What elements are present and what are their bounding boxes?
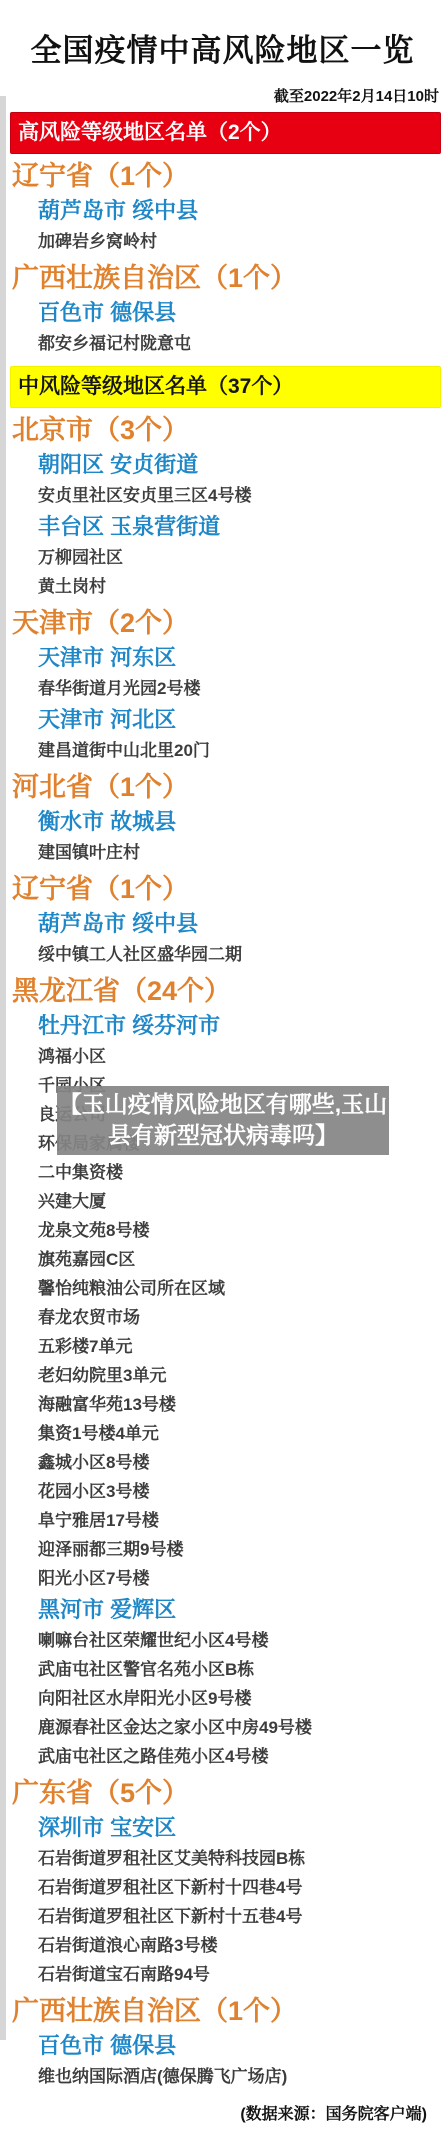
as-of-timestamp: 截至2022年2月14日10时 xyxy=(0,85,439,106)
place-item: 春华街道月光园2号楼 xyxy=(38,674,445,703)
place-item: 阜宁雅居17号楼 xyxy=(38,1506,445,1535)
city-heading: 葫芦岛市 绥中县 xyxy=(38,196,445,226)
place-item: 二中集资楼 xyxy=(38,1158,445,1187)
city-heading: 朝阳区 安贞街道 xyxy=(38,450,445,480)
province-heading: 辽宁省（1个） xyxy=(12,159,445,193)
place-item: 鸿福小区 xyxy=(38,1042,445,1071)
place-item: 集资1号楼4单元 xyxy=(38,1419,445,1448)
place-item: 鹿源春社区金达之家小区中房49号楼 xyxy=(38,1713,445,1742)
place-item: 武庙屯社区警官名苑小区B栋 xyxy=(38,1655,445,1684)
place-item: 石岩街道罗租社区下新村十五巷4号 xyxy=(38,1902,445,1931)
high-risk-banner: 高风险等级地区名单（2个） xyxy=(10,112,441,154)
city-heading: 天津市 河北区 xyxy=(38,705,445,735)
page-title: 全国疫情中高风险地区一览 xyxy=(0,0,445,70)
place-item: 五彩楼7单元 xyxy=(38,1332,445,1361)
city-heading: 百色市 德保县 xyxy=(38,298,445,328)
place-item: 鑫城小区8号楼 xyxy=(38,1448,445,1477)
place-item: 黄土岗村 xyxy=(38,572,445,601)
province-heading: 北京市（3个） xyxy=(12,413,445,447)
place-item: 石岩街道宝石南路94号 xyxy=(38,1960,445,1989)
province-heading: 广西壮族自治区（1个） xyxy=(12,261,445,295)
province-heading: 天津市（2个） xyxy=(12,606,445,640)
city-heading: 百色市 德保县 xyxy=(38,2031,445,2061)
city-heading: 深圳市 宝安区 xyxy=(38,1813,445,1843)
place-item: 迎泽丽都三期9号楼 xyxy=(38,1535,445,1564)
province-heading: 辽宁省（1个） xyxy=(12,872,445,906)
place-item: 建昌道街中山北里20门 xyxy=(38,736,445,765)
place-item: 喇嘛台社区荣耀世纪小区4号楼 xyxy=(38,1626,445,1655)
city-heading: 葫芦岛市 绥中县 xyxy=(38,909,445,939)
province-heading: 广东省（5个） xyxy=(12,1776,445,1810)
watermark-line2: 县有新型冠状病毒吗】 xyxy=(57,1120,389,1151)
city-heading: 牡丹江市 绥芬河市 xyxy=(38,1011,445,1041)
city-heading: 黑河市 爱辉区 xyxy=(38,1595,445,1625)
city-heading: 丰台区 玉泉营街道 xyxy=(38,512,445,542)
province-heading: 广西壮族自治区（1个） xyxy=(12,1994,445,2028)
data-source: (数据来源：国务院客户端) xyxy=(0,2101,427,2124)
place-item: 建国镇叶庄村 xyxy=(38,838,445,867)
place-item: 加碑岩乡窝岭村 xyxy=(38,227,445,256)
place-item: 石岩街道浪心南路3号楼 xyxy=(38,1931,445,1960)
watermark-overlay: 【玉山疫情风险地区有哪些,玉山 县有新型冠状病毒吗】 xyxy=(57,1086,389,1155)
infographic-page: 全国疫情中高风险地区一览 截至2022年2月14日10时 高风险等级地区名单（2… xyxy=(0,0,445,2151)
place-item: 武庙屯社区之路佳苑小区4号楼 xyxy=(38,1742,445,1771)
place-item: 石岩街道罗租社区下新村十四巷4号 xyxy=(38,1873,445,1902)
place-item: 花园小区3号楼 xyxy=(38,1477,445,1506)
province-heading: 黑龙江省（24个） xyxy=(12,974,445,1008)
province-heading: 河北省（1个） xyxy=(12,770,445,804)
city-heading: 天津市 河东区 xyxy=(38,643,445,673)
place-item: 阳光小区7号楼 xyxy=(38,1564,445,1593)
place-item: 万柳园社区 xyxy=(38,543,445,572)
place-item: 维也纳国际酒店(德保腾飞广场店) xyxy=(38,2062,445,2091)
place-item: 海融富华苑13号楼 xyxy=(38,1390,445,1419)
city-heading: 衡水市 故城县 xyxy=(38,807,445,837)
place-item: 都安乡福记村陇意屯 xyxy=(38,329,445,358)
place-item: 旗苑嘉园C区 xyxy=(38,1245,445,1274)
place-item: 安贞里社区安贞里三区4号楼 xyxy=(38,481,445,510)
place-item: 石岩街道罗租社区艾美特科技园B栋 xyxy=(38,1844,445,1873)
place-item: 龙泉文苑8号楼 xyxy=(38,1216,445,1245)
place-item: 向阳社区水岸阳光小区9号楼 xyxy=(38,1684,445,1713)
place-item: 春龙农贸市场 xyxy=(38,1303,445,1332)
place-item: 兴建大厦 xyxy=(38,1187,445,1216)
place-item: 馨怡纯粮油公司所在区域 xyxy=(38,1274,445,1303)
place-item: 老妇幼院里3单元 xyxy=(38,1361,445,1390)
place-item: 绥中镇工人社区盛华园二期 xyxy=(38,940,445,969)
scan-edge-strip xyxy=(0,96,6,2040)
medium-risk-banner: 中风险等级地区名单（37个） xyxy=(10,366,441,408)
watermark-line1: 【玉山疫情风险地区有哪些,玉山 xyxy=(57,1089,389,1120)
